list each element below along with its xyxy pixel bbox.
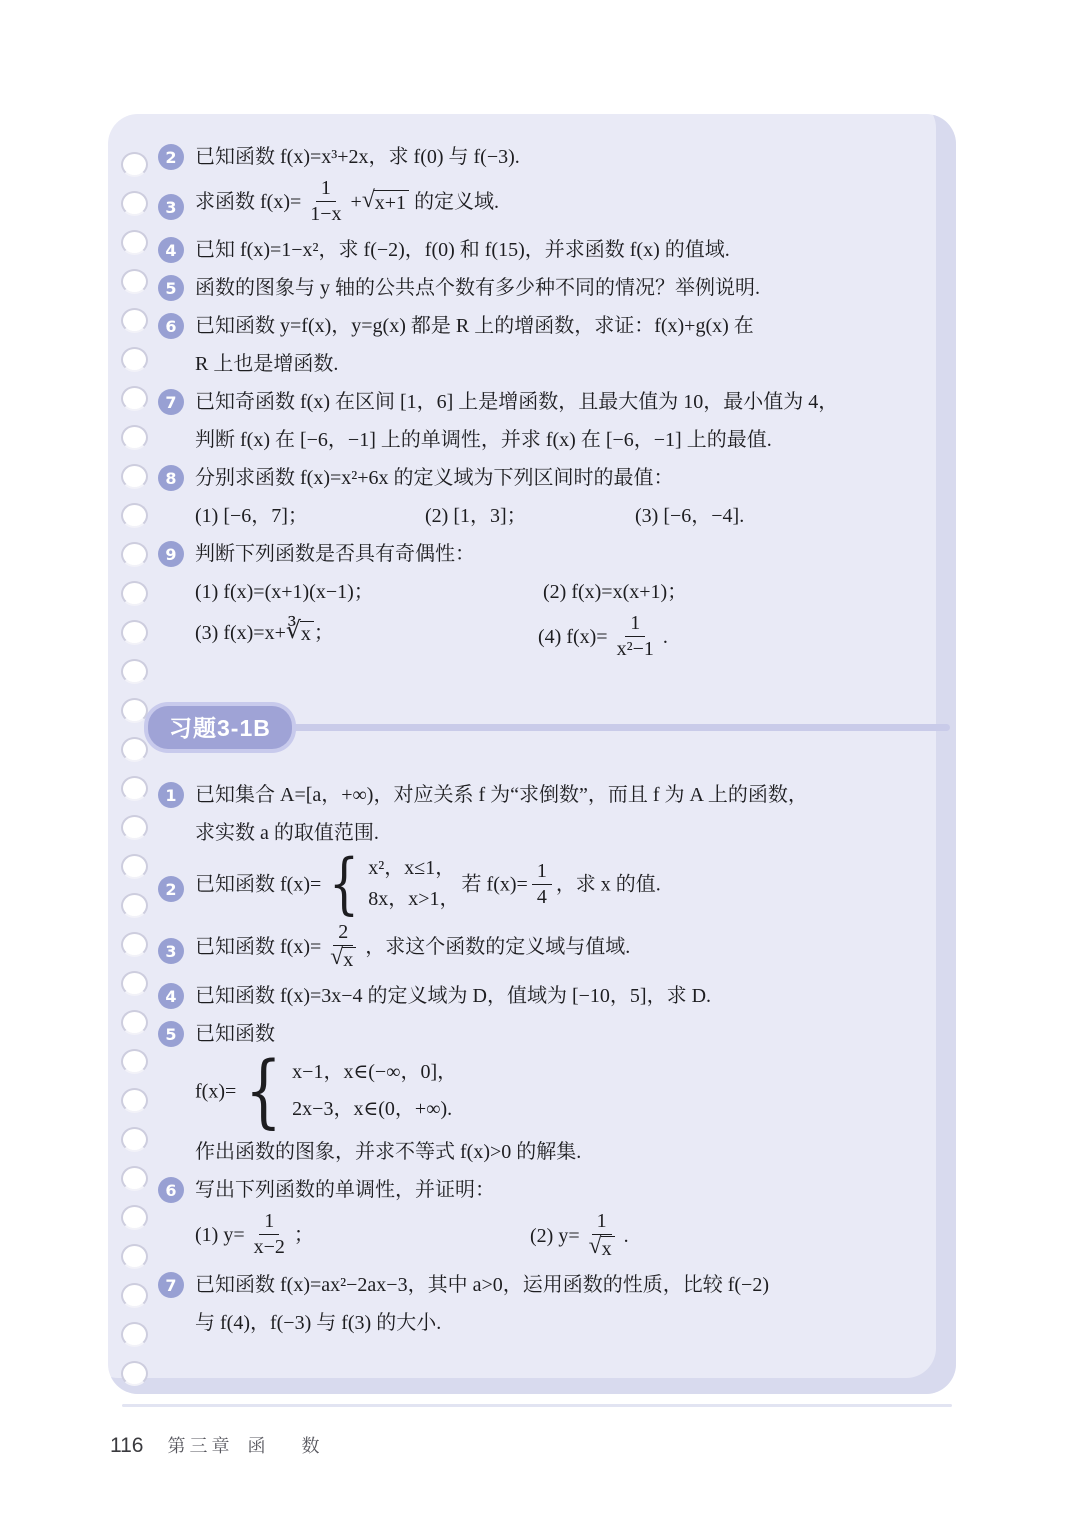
fraction-numerator: 1 [592,1210,612,1235]
binding-hole [121,971,148,996]
problem-text: ； [294,1224,314,1246]
exercise-a-5: 5 函数的图象与 y 轴的公共点个数有多少种不同的情况？举例说明. [158,269,950,307]
binding-hole [121,503,148,528]
exercise-a-8: 8 分别求函数 f(x)=x²+6x 的定义域为下列区间时的最值： (1) [−… [158,459,950,535]
problem-text: (3) f(x)=x+ [195,622,286,644]
fraction-denominator: x [584,1235,620,1261]
exercise-a-3: 3 求函数 f(x)=11−x+x+1 的定义域. [158,176,950,231]
sub-item: (3) f(x)=x+x； [195,614,538,663]
problem-line: 作出函数的图象，并求不等式 f(x)>0 的解集. [195,1133,581,1171]
fraction-numerator: 1 [625,612,645,637]
fraction: 14 [532,860,552,909]
sqrt-argument: x [601,1236,615,1261]
display-equation: f(x)=x−1，x∈(−∞，0]，2x−3，x∈(0，+∞). [195,1056,581,1130]
binding-hole [121,698,148,723]
problem-text: . [624,1225,629,1247]
case-row: 8x，x>1， [368,884,459,915]
fraction-numerator: 2 [333,921,353,946]
problem-line: 求函数 f(x)=11−x+x+1 的定义域. [195,179,499,228]
problem-line: 判断下列函数是否具有奇偶性： [195,535,687,573]
binding-hole [121,1166,148,1191]
section-badge: 习题3-1B [148,706,292,749]
binding-hole [121,932,148,957]
exercise-b-7: 7 已知函数 f(x)=ax²−2ax−3，其中 a>0，运用函数的性质，比较 … [158,1266,950,1342]
fraction-numerator: 1 [316,177,336,202]
binding-hole [121,1361,148,1386]
binding-hole [121,659,148,684]
binding-hole [121,815,148,840]
problem-line: 分别求函数 f(x)=x²+6x 的定义域为下列区间时的最值： [195,459,744,497]
problem-text: 的定义域. [409,191,499,213]
fraction-denominator: 4 [532,885,552,909]
sub-item: (4) f(x)=1x²−1. [538,614,668,663]
notebook-page-panel: 2 已知函数 f(x)=x³+2x，求 f(0) 与 f(−3). 3 求函数 … [108,114,956,1394]
chapter-label: 第三章 [167,1432,233,1458]
exercise-b-3: 3 已知函数 f(x)=2x，求这个函数的定义域与值域. [158,920,950,977]
exercise-a-7: 7 已知奇函数 f(x) 在区间 [1，6] 上是增函数，且最大值为 10，最小… [158,383,950,459]
exercise-b-1: 1 已知集合 A=[a，+∞)，对应关系 f 为“求倒数”，而且 f 为 A 上… [158,776,950,852]
problem-line: 写出下列函数的单调性，并证明： [195,1171,629,1209]
exercise-a-4: 4 已知 f(x)=1−x²，求 f(−2)，f(0) 和 f(15)，并求函数… [158,231,950,269]
problem-line: 已知集合 A=[a，+∞)，对应关系 f 为“求倒数”，而且 f 为 A 上的函… [195,776,808,814]
page-footer: 116 第三章 函 数 [110,1432,328,1458]
item-number-badge: 8 [158,465,184,491]
problem-text: 若 f(x)= [462,874,528,896]
item-number-badge: 7 [158,1272,184,1298]
problem-text: ，求这个函数的定义域与值域. [365,936,630,958]
item-number-badge: 5 [158,1021,184,1047]
case-rows: x−1，x∈(−∞，0]，2x−3，x∈(0，+∞). [292,1054,457,1128]
exercise-a-2: 2 已知函数 f(x)=x³+2x，求 f(0) 与 f(−3). [158,138,950,176]
problem-text: (4) f(x)= [538,626,608,648]
item-number-badge: 9 [158,541,184,567]
binding-hole [121,269,148,294]
sub-item: (1) [−6，7]； [195,497,425,535]
sqrt-radical: x+1 [362,190,409,215]
sub-item: (3) [−6，−4]. [635,497,744,535]
binding-hole [121,425,148,450]
fraction: 1x²−1 [612,612,659,661]
problem-text: . [663,626,668,648]
item-number-badge: 7 [158,389,184,415]
binding-hole [121,1049,148,1074]
binding-hole [121,1127,148,1152]
page-number: 116 [110,1434,143,1458]
fraction: 1x−2 [249,1210,290,1259]
problem-line: 已知函数 y=f(x)，y=g(x) 都是 R 上的增函数，求证：f(x)+g(… [195,307,754,345]
binding-hole [121,386,148,411]
sqrt-argument: x [342,947,356,972]
sub-answers-row: (1) f(x)=(x+1)(x−1)； (2) f(x)=x(x+1)； [195,573,687,611]
case-rows: x²，x≤1，8x，x>1， [368,853,459,915]
problem-line: 已知函数 f(x)=3x−4 的定义域为 D，值域为 [−10，5]，求 D. [195,977,711,1015]
item-number-badge: 2 [158,144,184,170]
sqrt-radical: x [589,1236,615,1261]
exercise-b-6: 6 写出下列函数的单调性，并证明： (1) y=1x−2； (2) y=1x. [158,1171,950,1266]
binding-hole [121,1283,148,1308]
case-row: 2x−3，x∈(0，+∞). [292,1091,457,1128]
fraction: 1x [584,1210,620,1261]
item-number-badge: 1 [158,782,184,808]
item-number-badge: 3 [158,938,184,964]
fraction-denominator: x−2 [249,1235,290,1259]
problem-line: R 上也是增函数. [195,345,754,383]
fraction-numerator: 1 [259,1210,279,1235]
binding-hole [121,464,148,489]
binding-hole [121,308,148,333]
problem-text: 已知函数 f(x)= [195,936,321,958]
problem-text: ，求 x 的值. [556,874,661,896]
problem-text: ； [314,622,334,644]
problem-text: + [351,191,362,213]
sub-item: (1) f(x)=(x+1)(x−1)； [195,573,543,611]
fraction: 11−x [305,177,346,226]
fraction-denominator: x [325,946,361,972]
fraction-denominator: x²−1 [612,637,659,661]
problem-line: 已知函数 f(x)=x²，x≤1，8x，x>1，若 f(x)=14，求 x 的值… [195,855,661,917]
binding-hole [121,152,148,177]
binding-hole [121,581,148,606]
binding-hole [121,737,148,762]
section-rule-line [286,724,950,731]
problem-line: 求实数 a 的取值范围. [195,814,808,852]
problem-line: 已知函数 f(x)=x³+2x，求 f(0) 与 f(−3). [195,138,520,176]
sub-answers-row: (3) f(x)=x+x； (4) f(x)=1x²−1. [195,611,687,666]
problem-text: (1) y= [195,1224,245,1246]
exercise-a-6: 6 已知函数 y=f(x)，y=g(x) 都是 R 上的增函数，求证：f(x)+… [158,307,950,383]
item-number-badge: 5 [158,275,184,301]
binding-hole [121,1205,148,1230]
item-number-badge: 2 [158,876,184,902]
sub-item: (1) y=1x−2； [195,1212,530,1263]
item-number-badge: 6 [158,1177,184,1203]
piecewise-cases: x²，x≤1，8x，x>1， [323,853,459,915]
case-row: x²，x≤1， [368,853,459,884]
problem-text: 已知函数 f(x)= [195,874,321,896]
sub-item: (2) [1，3]； [425,497,635,535]
item-number-badge: 6 [158,313,184,339]
cube-root-radical: x [286,621,314,646]
item-number-badge: 4 [158,983,184,1009]
exercise-b-4: 4 已知函数 f(x)=3x−4 的定义域为 D，值域为 [−10，5]，求 D… [158,977,950,1015]
problem-text: (2) y= [530,1225,580,1247]
exercise-b-5: 5 已知函数 f(x)=x−1，x∈(−∞，0]，2x−3，x∈(0，+∞). … [158,1015,950,1171]
binding-hole [121,893,148,918]
problem-line: 已知 f(x)=1−x²，求 f(−2)，f(0) 和 f(15)，并求函数 f… [195,231,730,269]
item-number-badge: 3 [158,194,184,220]
exercise-content: 2 已知函数 f(x)=x³+2x，求 f(0) 与 f(−3). 3 求函数 … [158,138,950,1342]
section-header: 习题3-1B [148,706,950,748]
sub-item: (2) f(x)=x(x+1)； [543,573,687,611]
page-stack-edge [122,1404,952,1407]
problem-line: 函数的图象与 y 轴的公共点个数有多少种不同的情况？举例说明. [195,269,760,307]
fraction-denominator: 1−x [305,202,346,226]
binding-hole [121,347,148,372]
binding-hole [121,1088,148,1113]
binding-hole [121,620,148,645]
binding-hole [121,542,148,567]
problem-line: 已知函数 f(x)=ax²−2ax−3，其中 a>0，运用函数的性质，比较 f(… [195,1266,769,1304]
problem-text: f(x)= [195,1081,236,1103]
case-row: x−1，x∈(−∞，0]， [292,1054,457,1091]
sqrt-radical: x [330,947,356,972]
chapter-title: 函 数 [247,1432,328,1458]
sqrt-argument: x+1 [374,190,409,215]
sub-item: (2) y=1x. [530,1212,629,1263]
exercise-b-2: 2 已知函数 f(x)=x²，x≤1，8x，x>1，若 f(x)=14，求 x … [158,852,950,920]
binding-hole [121,1322,148,1347]
binding-hole [121,1010,148,1035]
problem-line: 判断 f(x) 在 [−6，−1] 上的单调性，并求 f(x) 在 [−6，−1… [195,421,838,459]
item-number-badge: 4 [158,237,184,263]
sub-answers-row: (1) y=1x−2； (2) y=1x. [195,1209,629,1266]
binding-hole [121,776,148,801]
exercise-a-9: 9 判断下列函数是否具有奇偶性： (1) f(x)=(x+1)(x−1)； (2… [158,535,950,666]
problem-text: 求函数 f(x)= [195,191,301,213]
fraction: 2x [325,921,361,972]
binding-hole [121,854,148,879]
binding-hole [121,230,148,255]
sub-answers-row: (1) [−6，7]； (2) [1，3]； (3) [−6，−4]. [195,497,744,535]
binding-hole [121,191,148,216]
problem-line: 与 f(4)，f(−3) 与 f(3) 的大小. [195,1304,769,1342]
problem-line: 已知函数 f(x)=2x，求这个函数的定义域与值域. [195,923,630,974]
root-argument: x [300,621,314,646]
problem-line: 已知奇函数 f(x) 在区间 [1，6] 上是增函数，且最大值为 10，最小值为… [195,383,838,421]
piecewise-cases: x−1，x∈(−∞，0]，2x−3，x∈(0，+∞). [238,1054,457,1128]
binding-hole [121,1244,148,1269]
fraction-numerator: 1 [532,860,552,885]
